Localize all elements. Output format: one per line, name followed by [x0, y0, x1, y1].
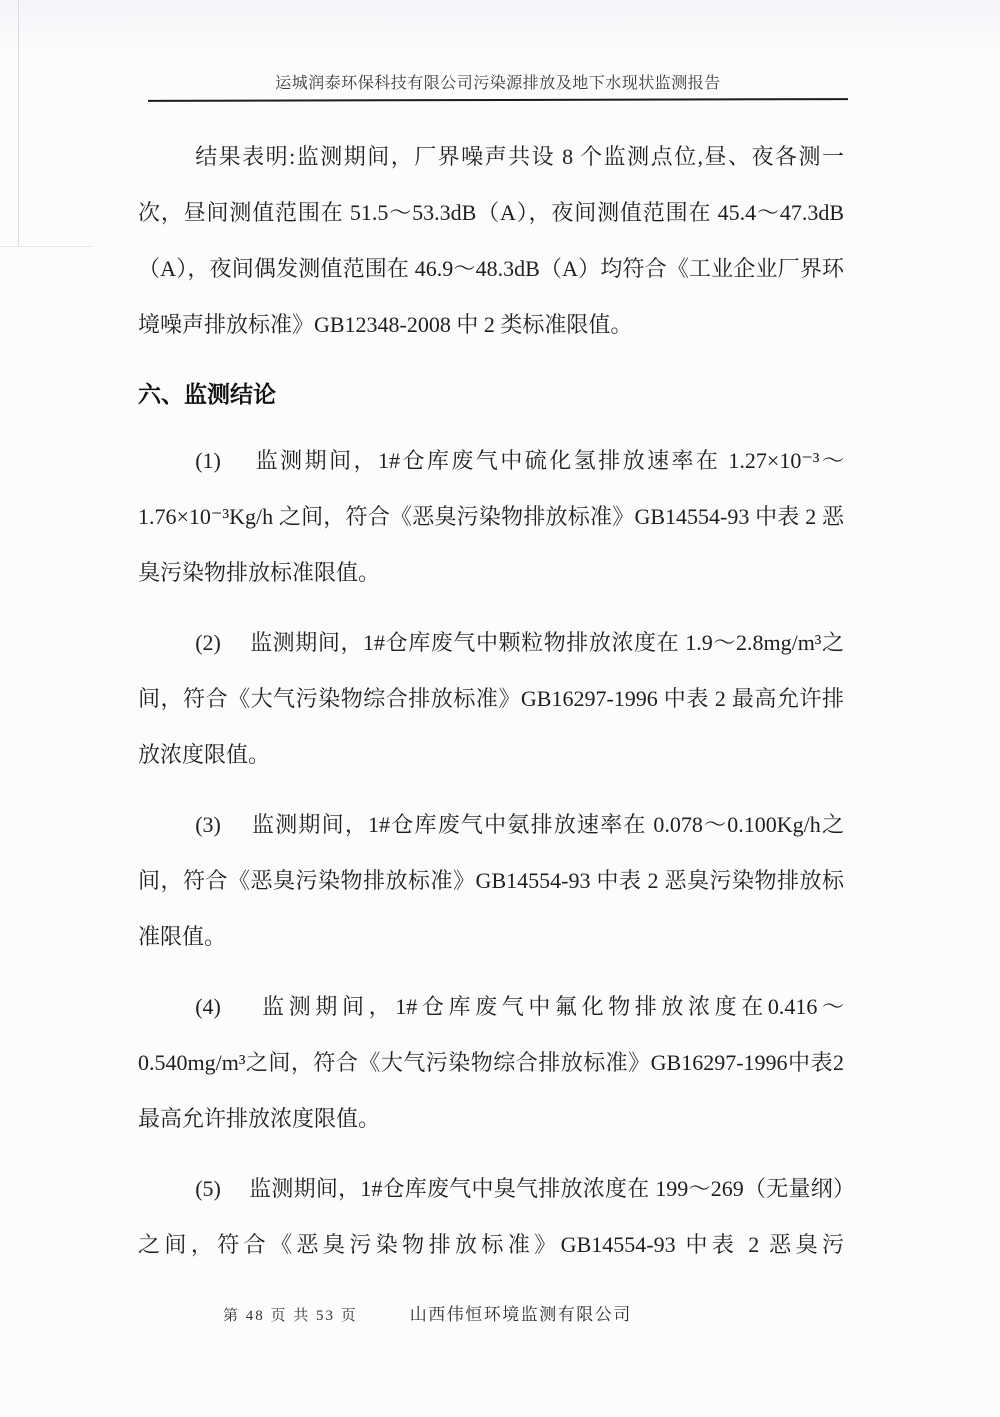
report-page: 运城润泰环保科技有限公司污染源排放及地下水现状监测报告 结果表明:监测期间，厂界…	[0, 0, 1000, 1417]
scan-artifact-vertical-line	[18, 0, 19, 247]
conclusion-item-4: (4) 监测期间，1#仓库废气中氟化物排放浓度在0.416～0.540mg/m³…	[138, 979, 844, 1147]
footer-company-name: 山西伟恒环境监测有限公司	[410, 1300, 632, 1325]
section-heading-conclusions: 六、监测结论	[138, 367, 844, 423]
report-title: 运城润泰环保科技有限公司污染源排放及地下水现状监测报告	[275, 70, 721, 99]
conclusion-item-3: (3) 监测期间，1#仓库废气中氨排放速率在 0.078～0.100Kg/h之间…	[138, 797, 844, 965]
conclusion-item-1: (1) 监测期间，1#仓库废气中硫化氢排放速率在 1.27×10⁻³～1.76×…	[138, 433, 844, 601]
conclusion-item-5: (5) 监测期间，1#仓库废气中臭气排放浓度在 199～269（无量纲）之间，符…	[138, 1161, 844, 1273]
noise-results-paragraph: 结果表明:监测期间，厂界噪声共设 8 个监测点位,昼、夜各测一次，昼间测值范围在…	[138, 129, 844, 353]
page-footer: 第 48 页 共 53 页 山西伟恒环境监测有限公司	[223, 1300, 632, 1325]
body-content: 结果表明:监测期间，厂界噪声共设 8 个监测点位,昼、夜各测一次，昼间测值范围在…	[138, 129, 844, 1287]
header-rule	[148, 98, 848, 102]
conclusion-item-2: (2) 监测期间，1#仓库废气中颗粒物排放浓度在 1.9～2.8mg/m³之间，…	[138, 615, 844, 783]
page-number-indicator: 第 48 页 共 53 页	[223, 1304, 358, 1325]
page-header: 运城润泰环保科技有限公司污染源排放及地下水现状监测报告	[148, 70, 848, 101]
scan-artifact-horizontal-dash	[0, 246, 92, 247]
